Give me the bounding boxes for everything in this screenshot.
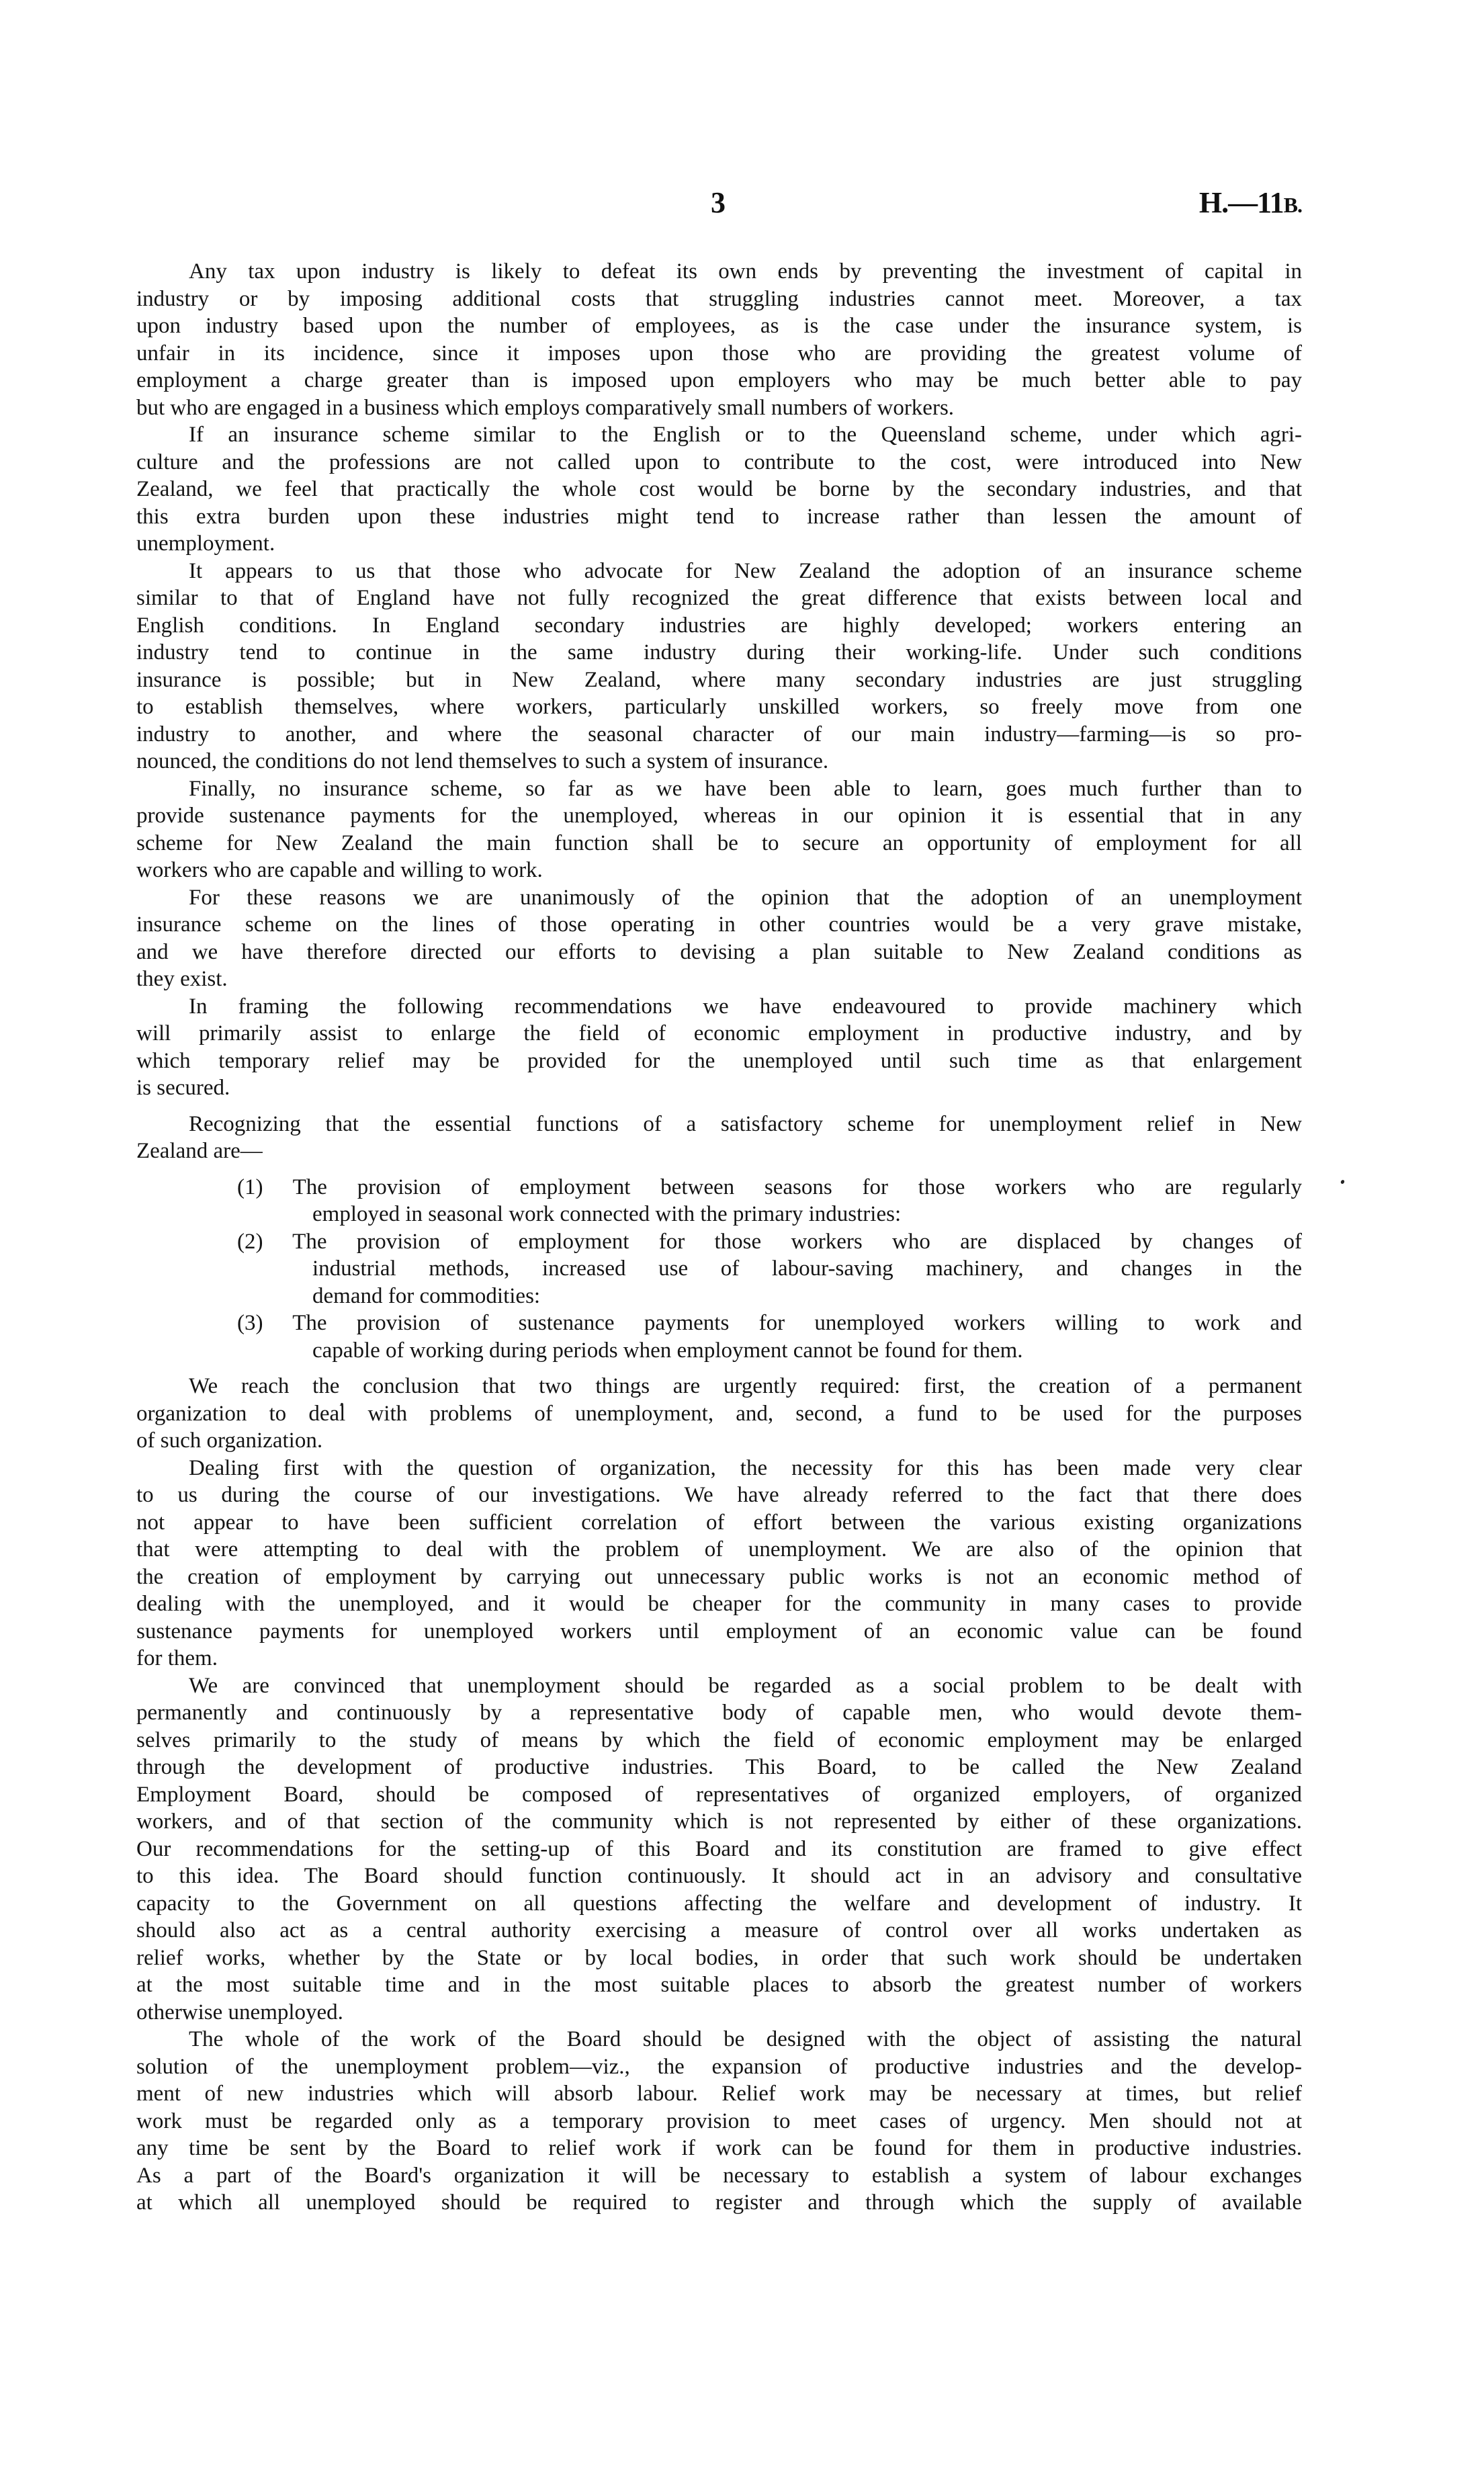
text-line: workers, and of that section of the comm… — [136, 1808, 1302, 1836]
text-line: (1) The provision of employment between … — [136, 1174, 1302, 1201]
text-line: should also act as a central authority e… — [136, 1917, 1302, 1945]
paragraph-gap — [136, 1165, 1302, 1174]
text-line: insurance scheme on the lines of those o… — [136, 911, 1302, 939]
text-line: will primarily assist to enlarge the fie… — [136, 1020, 1302, 1048]
numbered-item: (2) The provision of employment for thos… — [136, 1228, 1302, 1310]
text-line: unemployment. — [136, 530, 1302, 558]
text-line: capable of working during periods when e… — [136, 1337, 1302, 1365]
page-number: 3 — [711, 188, 726, 218]
text-line: nounced, the conditions do not lend them… — [136, 748, 1302, 775]
text-line: to this idea. The Board should function … — [136, 1863, 1302, 1890]
text-line: similar to that of England have not full… — [136, 585, 1302, 612]
paragraph: In framing the following recommendations… — [136, 993, 1302, 1102]
text-line: organization to deal with problems of un… — [136, 1400, 1302, 1428]
text-line: The whole of the work of the Board shoul… — [136, 2026, 1302, 2053]
text-line: industry tend to continue in the same in… — [136, 639, 1302, 667]
text-line: We are convinced that unemployment shoul… — [136, 1672, 1302, 1700]
text-line: English conditions. In England secondary… — [136, 612, 1302, 640]
text-line: sustenance payments for unemployed worke… — [136, 1618, 1302, 1646]
text-line: industry to another, and where the seaso… — [136, 721, 1302, 749]
reference-main: H.—11 — [1199, 186, 1284, 219]
text-line: to establish themselves, where workers, … — [136, 693, 1302, 721]
text-line: We reach the conclusion that two things … — [136, 1373, 1302, 1400]
text-line: this extra burden upon these industries … — [136, 503, 1302, 531]
text-line: through the development of productive in… — [136, 1754, 1302, 1781]
text-line: industrial methods, increased use of lab… — [136, 1255, 1302, 1283]
text-line: for them. — [136, 1645, 1302, 1672]
text-line: at which all unemployed should be requir… — [136, 2189, 1302, 2217]
numbered-item: (3) The provision of sustenance payments… — [136, 1310, 1302, 1364]
numbered-item: (1) The provision of employment between … — [136, 1174, 1302, 1228]
paragraph: It appears to us that those who advocate… — [136, 558, 1302, 775]
paragraph: Any tax upon industry is likely to defea… — [136, 258, 1302, 421]
text-line: workers who are capable and willing to w… — [136, 857, 1302, 884]
text-line: ment of new industries which will absorb… — [136, 2080, 1302, 2108]
document-body: Any tax upon industry is likely to defea… — [136, 258, 1302, 2217]
text-line: employment a charge greater than is impo… — [136, 367, 1302, 394]
text-line: of such organization. — [136, 1427, 1302, 1455]
text-line: that were attempting to deal with the pr… — [136, 1536, 1302, 1564]
text-line: work must be regarded only as a temporar… — [136, 2108, 1302, 2135]
document-reference: H.—11B. — [1184, 188, 1302, 218]
document-page: 3 H.—11B. Any tax upon industry is likel… — [0, 0, 1484, 2476]
text-line: otherwise unemployed. — [136, 1999, 1302, 2026]
text-line: It appears to us that those who advocate… — [136, 558, 1302, 585]
text-line: and we have therefore directed our effor… — [136, 939, 1302, 966]
text-line: not appear to have been sufficient corre… — [136, 1509, 1302, 1537]
text-line: solution of the unemployment problem—viz… — [136, 2053, 1302, 2081]
text-line: Zealand are— — [136, 1138, 1302, 1165]
text-line: scheme for New Zealand the main function… — [136, 830, 1302, 857]
paragraph: We reach the conclusion that two things … — [136, 1373, 1302, 1455]
paragraph: Recognizing that the essential functions… — [136, 1111, 1302, 1165]
paragraph-gap — [136, 1364, 1302, 1373]
text-line: provide sustenance payments for the unem… — [136, 802, 1302, 830]
text-line: Finally, no insurance scheme, so far as … — [136, 775, 1302, 803]
text-line: culture and the professions are not call… — [136, 449, 1302, 476]
text-line: to us during the course of our investiga… — [136, 1482, 1302, 1509]
paragraph: If an insurance scheme similar to the En… — [136, 421, 1302, 558]
text-line: capacity to the Government on all questi… — [136, 1890, 1302, 1918]
paragraph: Finally, no insurance scheme, so far as … — [136, 775, 1302, 884]
text-line: relief works, whether by the State or by… — [136, 1945, 1302, 1972]
text-line: dealing with the unemployed, and it woul… — [136, 1590, 1302, 1618]
text-line: (3) The provision of sustenance payments… — [136, 1310, 1302, 1337]
scan-speck — [1340, 1179, 1345, 1185]
text-line: is secured. — [136, 1074, 1302, 1102]
text-line: industry or by imposing additional costs… — [136, 286, 1302, 313]
paragraph-gap — [136, 1102, 1302, 1111]
text-line: any time be sent by the Board to relief … — [136, 2135, 1302, 2162]
text-line: If an insurance scheme similar to the En… — [136, 421, 1302, 449]
text-line: Employment Board, should be composed of … — [136, 1781, 1302, 1809]
text-line: For these reasons we are unanimously of … — [136, 884, 1302, 912]
text-line: As a part of the Board's organization it… — [136, 2162, 1302, 2190]
reference-suffix: B. — [1284, 193, 1302, 217]
text-line: but who are engaged in a business which … — [136, 394, 1302, 422]
text-line: permanently and continuously by a repres… — [136, 1699, 1302, 1727]
text-line: upon industry based upon the number of e… — [136, 312, 1302, 340]
text-line: employed in seasonal work connected with… — [136, 1201, 1302, 1228]
text-line: they exist. — [136, 966, 1302, 993]
text-line: Recognizing that the essential functions… — [136, 1111, 1302, 1138]
text-line: Any tax upon industry is likely to defea… — [136, 258, 1302, 286]
text-line: Our recommendations for the setting-up o… — [136, 1836, 1302, 1863]
paragraph: Dealing first with the question of organ… — [136, 1455, 1302, 1672]
text-line: (2) The provision of employment for thos… — [136, 1228, 1302, 1256]
text-line: insurance is possible; but in New Zealan… — [136, 667, 1302, 694]
text-line: unfair in its incidence, since it impose… — [136, 340, 1302, 368]
text-line: In framing the following recommendations… — [136, 993, 1302, 1021]
text-line: selves primarily to the study of means b… — [136, 1727, 1302, 1754]
paragraph: We are convinced that unemployment shoul… — [136, 1672, 1302, 2026]
text-line: at the most suitable time and in the mos… — [136, 1971, 1302, 1999]
text-line: Dealing first with the question of organ… — [136, 1455, 1302, 1482]
paragraph: The whole of the work of the Board shoul… — [136, 2026, 1302, 2217]
text-line: demand for commodities: — [136, 1283, 1302, 1310]
text-line: Zealand, we feel that practically the wh… — [136, 476, 1302, 503]
text-line: which temporary relief may be provided f… — [136, 1048, 1302, 1075]
paragraph: For these reasons we are unanimously of … — [136, 884, 1302, 993]
text-line: the creation of employment by carrying o… — [136, 1564, 1302, 1591]
